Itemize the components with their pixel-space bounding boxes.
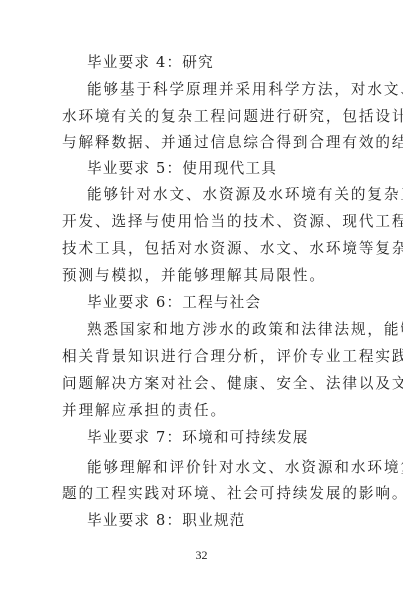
paragraph-line: 开发、选择与使用恰当的技术、资源、现代工程工具和信息 [62,209,403,235]
paragraph-line: 技术工具，包括对水资源、水文、水环境等复杂工程问题的 [62,236,403,262]
section-heading: 毕业要求 7：环境和可持续发展 [87,425,309,451]
paragraph-line: 能够针对水文、水资源及水环境有关的复杂工程问题， [87,182,403,208]
section-heading: 毕业要求 8：职业规范 [87,508,245,534]
paragraph-line: 并理解应承担的责任。 [62,398,227,424]
paragraph-line: 与解释数据、并通过信息综合得到合理有效的结论。 [62,130,403,156]
paragraph-line: 问题解决方案对社会、健康、安全、法律以及文化的影响， [62,371,403,397]
page-number: 32 [0,548,403,563]
section-heading: 毕业要求 5：使用现代工具 [87,156,277,182]
paragraph-line: 预测与模拟，并能够理解其局限性。 [62,263,326,289]
section-heading: 毕业要求 4：研究 [87,50,214,76]
paragraph-line: 水环境有关的复杂工程问题进行研究，包括设计实验、分析 [62,104,403,130]
section-heading: 毕业要求 6：工程与社会 [87,290,261,316]
paragraph-line: 相关背景知识进行合理分析，评价专业工程实践和复杂工程 [62,344,403,370]
paragraph-line: 能够基于科学原理并采用科学方法，对水文、水资源及 [87,77,403,103]
paragraph-line: 题的工程实践对环境、社会可持续发展的影响。 [62,481,403,507]
paragraph-line: 能够理解和评价针对水文、水资源和水环境复杂工程问 [87,455,403,481]
paragraph-line: 熟悉国家和地方涉水的政策和法律法规，能够基于工程 [87,317,403,343]
